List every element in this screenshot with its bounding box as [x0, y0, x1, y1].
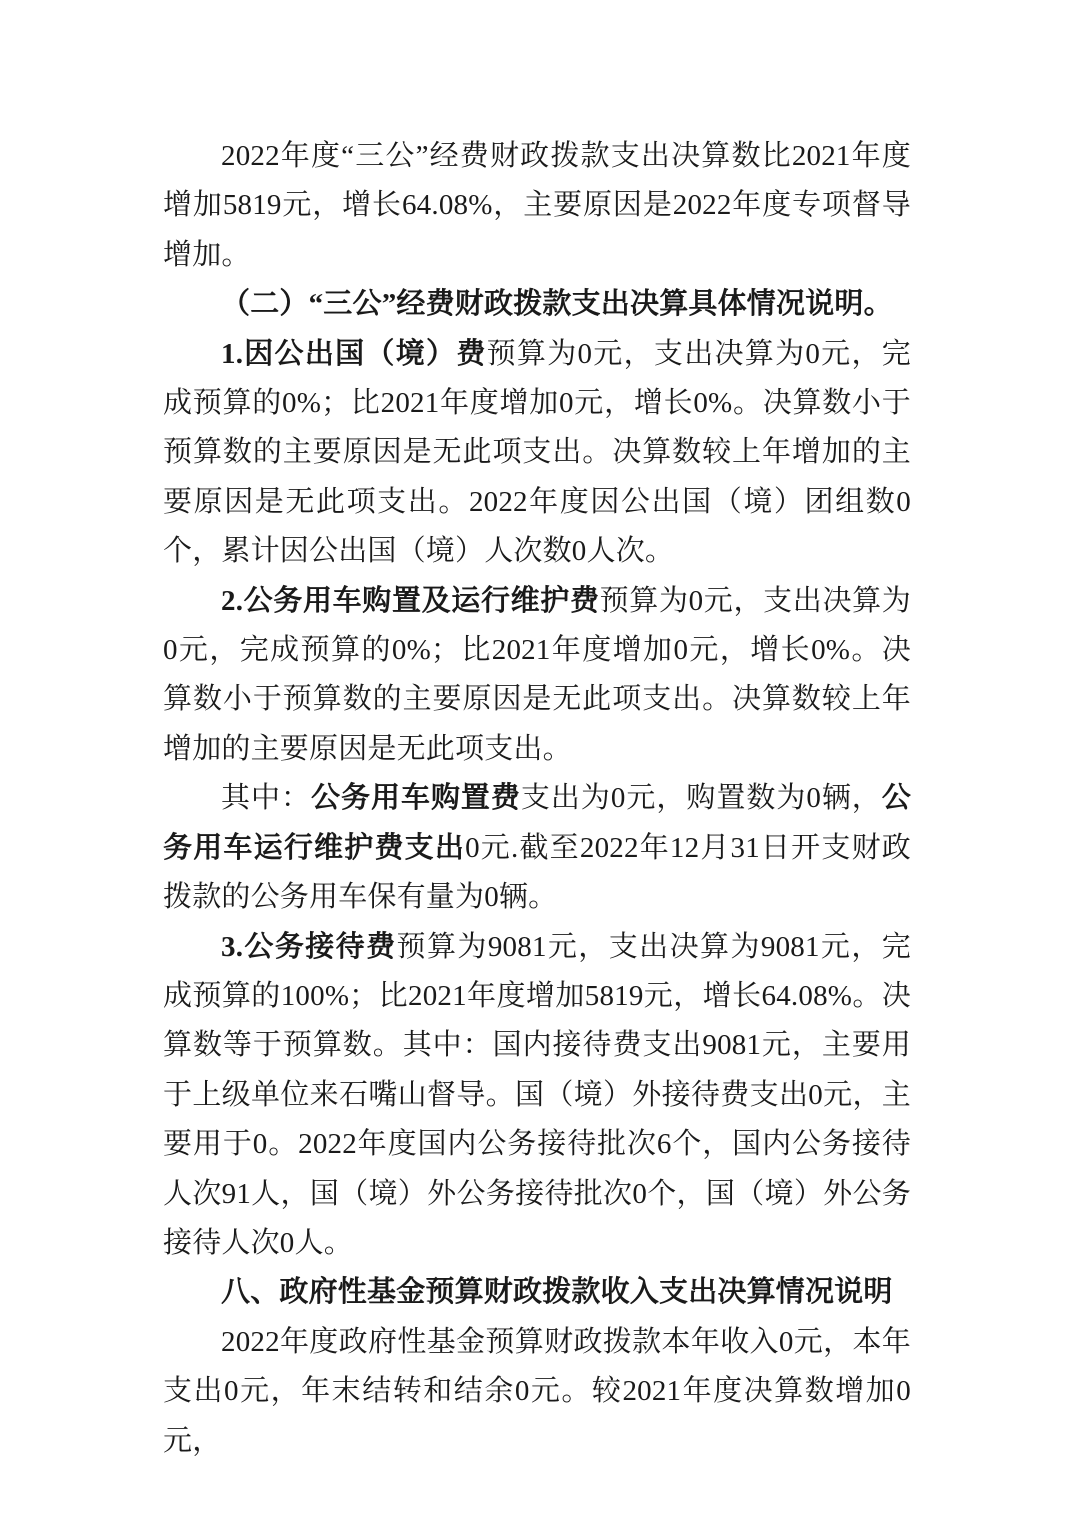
section-2-heading: （二）“三公”经费财政拨款支出决算具体情况说明。: [163, 280, 911, 329]
item-2-vehicle-detail-paragraph: 其中：公务用车购置费支出为0元，购置数为0辆，公务用车运行维护费支出0元.截至2…: [163, 774, 911, 922]
text-run: 预算为9081元，支出决算为9081元，完成预算的100%；比2021年度增加5…: [163, 931, 911, 1259]
text-run: 预算为0元，支出决算为0元，完成预算的0%；比2021年度增加0元，增长0%。决…: [163, 338, 911, 568]
bold-text-run: 公务用车购置费: [311, 782, 521, 814]
document-page: 2022年度“三公”经费财政拨款支出决算数比2021年度增加5819元，增长64…: [0, 0, 1074, 1520]
bold-text-run: 3.公务接待费: [221, 931, 397, 963]
text-run: 支出为0元，购置数为0辆，: [521, 782, 882, 814]
text-run: 其中：: [221, 782, 311, 814]
item-1-abroad-expense-paragraph: 1.因公出国（境）费预算为0元，支出决算为0元，完成预算的0%；比2021年度增…: [163, 330, 911, 577]
gov-fund-budget-paragraph: 2022年度政府性基金预算财政拨款本年收入0元，本年支出0元，年末结转和结余0元…: [163, 1318, 911, 1466]
text-run: 2022年度政府性基金预算财政拨款本年收入0元，本年支出0元，年末结转和结余0元…: [163, 1326, 911, 1457]
sangong-summary-paragraph: 2022年度“三公”经费财政拨款支出决算数比2021年度增加5819元，增长64…: [163, 132, 911, 280]
bold-text-run: （二）“三公”经费财政拨款支出决算具体情况说明。: [221, 288, 893, 320]
document-body: 2022年度“三公”经费财政拨款支出决算数比2021年度增加5819元，增长64…: [163, 132, 911, 1466]
bold-text-run: 八、政府性基金预算财政拨款收入支出决算情况说明: [221, 1276, 893, 1308]
section-8-heading: 八、政府性基金预算财政拨款收入支出决算情况说明: [163, 1268, 911, 1317]
item-3-reception-expense-paragraph: 3.公务接待费预算为9081元，支出决算为9081元，完成预算的100%；比20…: [163, 923, 911, 1269]
bold-text-run: 1.因公出国（境）费: [221, 338, 487, 370]
bold-text-run: 2.公务用车购置及运行维护费: [221, 585, 600, 617]
item-2-vehicle-expense-paragraph: 2.公务用车购置及运行维护费预算为0元，支出决算为0元，完成预算的0%；比202…: [163, 577, 911, 775]
text-run: 2022年度“三公”经费财政拨款支出决算数比2021年度增加5819元，增长64…: [163, 140, 911, 271]
